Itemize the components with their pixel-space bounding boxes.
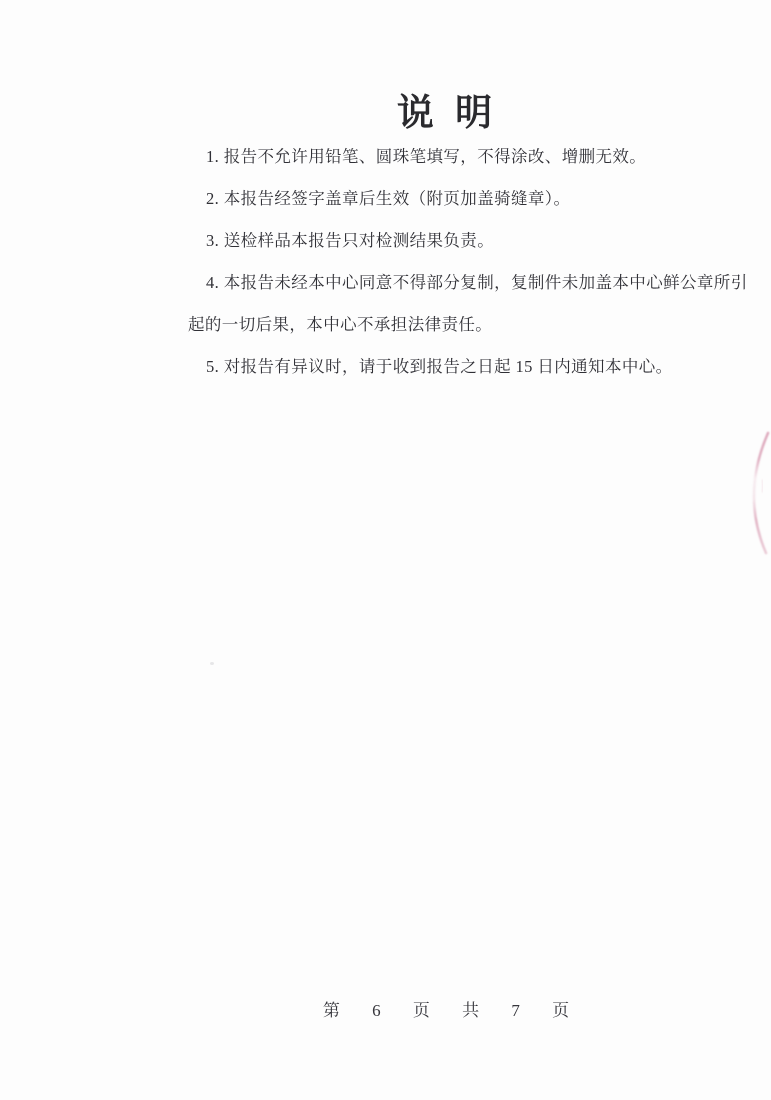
page-title: 说 明 [124,82,771,136]
note-item-2: 2. 本报告经签字盖章后生效（附页加盖骑缝章）。 [0,178,771,220]
page-number-footer: 第 6 页 共 7 页 [130,996,771,1021]
scan-speck [210,662,214,665]
note-item-4-continued: 起的一切后果，本中心不承担法律责任。 [0,304,771,346]
scanned-document-page: 说 明 1. 报告不允许用铅笔、圆珠笔填写，不得涂改、增删无效。 2. 本报告经… [0,0,771,1100]
note-item-3: 3. 送检样品本报告只对检测结果负责。 [0,220,771,262]
notes-list: 1. 报告不允许用铅笔、圆珠笔填写，不得涂改、增删无效。 2. 本报告经签字盖章… [0,136,771,388]
note-item-4: 4. 本报告未经本中心同意不得部分复制，复制件未加盖本中心鲜公章所引 [0,262,771,304]
red-seal-edge-stamp-icon [745,425,771,560]
note-item-1: 1. 报告不允许用铅笔、圆珠笔填写，不得涂改、增删无效。 [0,136,771,178]
note-item-5: 5. 对报告有异议时，请于收到报告之日起 15 日内通知本中心。 [0,346,771,388]
